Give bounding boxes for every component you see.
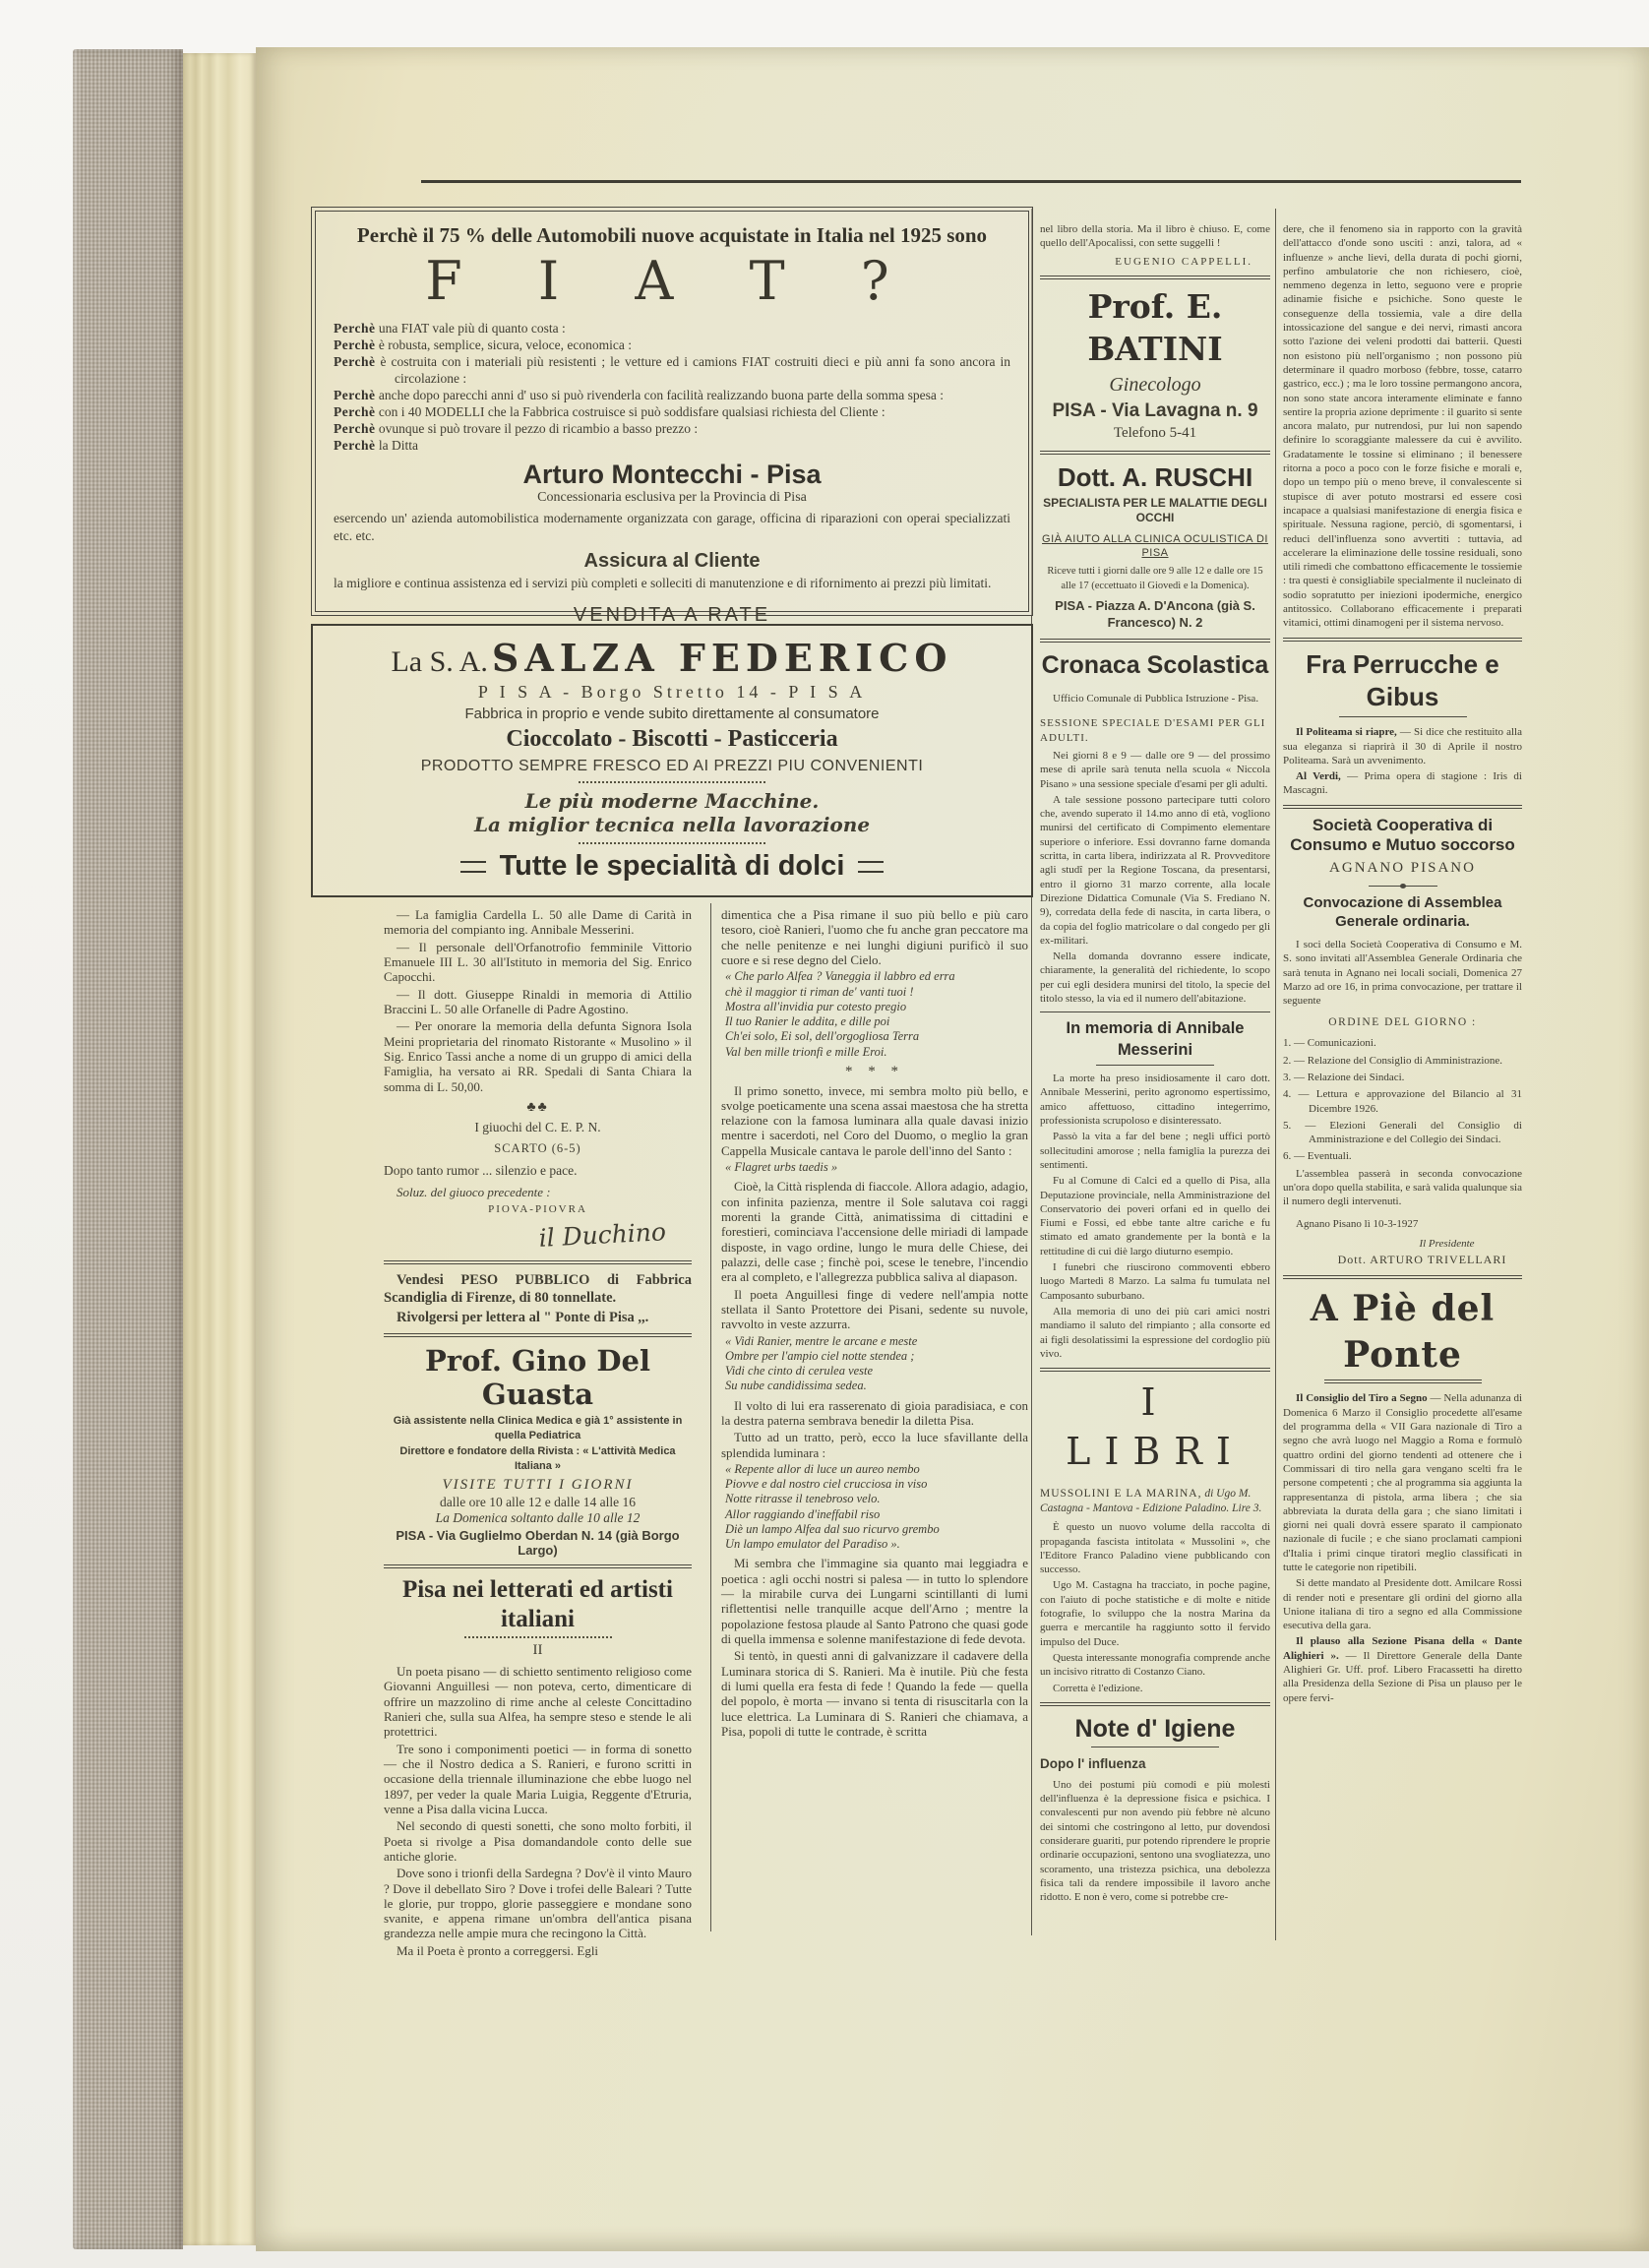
fiat-reason-lead: Perchè: [334, 404, 375, 419]
article-paragraph: Cioè, la Città risplenda di fiaccole. Al…: [721, 1179, 1028, 1284]
fiat-assures-heading: Assicura al Cliente: [334, 550, 1010, 573]
article-paragraph: Il volto di lui era rasserenato di gioia…: [721, 1398, 1028, 1429]
equals-mark-icon: [858, 861, 884, 873]
column-4: dere, che il fenomeno sia in rapporto co…: [1283, 222, 1522, 1707]
cronaca-paragraph: A tale sessione possono partecipare tutt…: [1040, 793, 1270, 948]
ruschi-specialty: SPECIALISTA PER LE MALATTIE DEGLI OCCHI: [1040, 496, 1270, 526]
fiat-reason-lead: Perchè: [334, 354, 375, 369]
section-rule: [1040, 639, 1270, 643]
cronaca-paragraph: Nella domanda dovranno essere indicate, …: [1040, 950, 1270, 1006]
fiat-reason: Perchè con i 40 MODELLI che la Fabbrica …: [334, 403, 1010, 420]
fiat-reason-text: anche dopo parecchi anni d' uso si può r…: [379, 388, 944, 402]
igiene-paragraph: Uno dei postumi più comodi e più molesti…: [1040, 1778, 1270, 1905]
ruschi-title: Dott. A. RUSCHI: [1040, 461, 1270, 495]
salza-address: P I S A - Borgo Stretto 14 - P I S A: [329, 682, 1015, 703]
title-underline: [1324, 1379, 1482, 1383]
article-paragraph: Il primo sonetto, invece, mi sembra molt…: [721, 1083, 1028, 1159]
club-ornament-icon: ♣♣: [384, 1100, 692, 1117]
batini-subtitle: Ginecologo: [1040, 372, 1270, 398]
article-fragment: nel libro della storia. Ma il libro è ch…: [1040, 222, 1270, 251]
column-divider-1-2: [710, 903, 711, 1931]
article-paragraph: Un poeta pisano — di schietto sentimento…: [384, 1664, 692, 1740]
fiat-reason: Perchè la Ditta: [334, 437, 1010, 454]
memoria-paragraph: La morte ha preso insidiosamente il caro…: [1040, 1072, 1270, 1128]
title-underline: [1091, 1747, 1219, 1747]
odg-item: 4. — Lettura e approvazione del Bilancio…: [1283, 1087, 1522, 1116]
batini-title: Prof. E. BATINI: [1040, 286, 1270, 371]
guasta-line3: VISITE TUTTI I GIORNI: [384, 1477, 692, 1495]
article-paragraph: Si tentò, in questi anni di galvanizzare…: [721, 1648, 1028, 1739]
memorial-item: — Il dott. Giuseppe Rinaldi in memoria d…: [384, 987, 692, 1017]
salza-line4: La miglior tecnica nella lavorazione: [329, 813, 1015, 836]
odg-item: 6. — Eventuali.: [1283, 1149, 1522, 1163]
cronaca-scolastica-title: Cronaca Scolastica: [1040, 649, 1270, 682]
fiat-ad-headline: Perchè il 75 % delle Automobili nuove ac…: [334, 223, 1010, 248]
guasta-line5: La Domenica soltanto dalle 10 alle 12: [384, 1510, 692, 1526]
book-title: MUSSOLINI E LA MARINA,: [1040, 1488, 1201, 1500]
section-rule: [384, 1333, 692, 1337]
section-rule: [1283, 805, 1522, 809]
batini-ad: Prof. E. BATINI Ginecologo PISA - Via La…: [1040, 286, 1270, 444]
libri-paragraph: Ugo M. Castagna ha tracciato, in poche p…: [1040, 1578, 1270, 1648]
column-3: nel libro della storia. Ma il libro è ch…: [1040, 222, 1270, 1907]
igiene-title: Note d' Igiene: [1040, 1713, 1270, 1746]
section-rule: [1283, 638, 1522, 642]
guasta-line4: dalle ore 10 alle 12 e dalle 14 alle 16: [384, 1495, 692, 1510]
fiat-reason-text: è costruita con i materiali più resisten…: [381, 354, 1010, 386]
odg-item: 5. — Elezioni Generali del Consiglio di …: [1283, 1119, 1522, 1147]
article-paragraph: Tre sono i componimenti poetici — in for…: [384, 1742, 692, 1817]
section-rule: [1040, 1011, 1270, 1012]
fiat-dealer-note: esercendo un' azienda automobilistica mo…: [334, 510, 1010, 544]
perrucche-item-lead: Al Verdi,: [1296, 770, 1341, 782]
fiat-reason-lead: Perchè: [334, 438, 375, 453]
cooperativa-title: Società Cooperativa di Consumo e Mutuo s…: [1283, 816, 1522, 856]
article-paragraph: Il poeta Anguillesi finge di vedere nell…: [721, 1287, 1028, 1332]
memoria-paragraph: Fu al Comune di Calci ed a quello di Pis…: [1040, 1174, 1270, 1258]
sonnet-quote: « Che parlo Alfea ? Vaneggia il labbro e…: [725, 969, 1028, 1060]
cooperativa-intro: I soci della Società Cooperativa di Cons…: [1283, 938, 1522, 1008]
memoria-paragraph: I funebri che riuscirono commoventi ebbe…: [1040, 1260, 1270, 1303]
fiat-reason-text: una FIAT vale più di quanto costa :: [379, 321, 566, 336]
guasta-line1: Già assistente nella Clinica Medica e gi…: [384, 1414, 692, 1443]
libri-paragraph: Questa interessante monografia comprende…: [1040, 1651, 1270, 1680]
fiat-dealer-subtitle: Concessionaria esclusiva per la Provinci…: [334, 490, 1010, 506]
guasta-line2: Direttore e fondatore della Rivista : « …: [384, 1444, 692, 1474]
section-rule: [1040, 451, 1270, 455]
games-subtitle: SCARTO (6-5): [384, 1141, 692, 1156]
memorial-item: — Il personale dell'Orfanotrofio femmini…: [384, 940, 692, 985]
fiat-reason-text: è robusta, semplice, sicura, veloce, eco…: [379, 337, 632, 352]
fiat-reason: Perchè ovunque si può trovare il pezzo d…: [334, 420, 1010, 437]
memoria-title: In memoria di Annibale Messerini: [1040, 1018, 1270, 1061]
salza-products: Cioccolato - Biscotti - Pasticceria: [329, 726, 1015, 753]
ponte-item: Si dette mandato al Presidente dott. Ami…: [1283, 1576, 1522, 1632]
guasta-address: PISA - Via Guglielmo Oberdan N. 14 (già …: [384, 1528, 692, 1559]
perrucche-item: Al Verdi, — Prima opera di stagione : Ir…: [1283, 769, 1522, 798]
book-citation: MUSSOLINI E LA MARINA, di Ugo M. Castagn…: [1040, 1487, 1270, 1516]
salza-ad: La S. A. SALZA FEDERICO P I S A - Borgo …: [311, 624, 1033, 897]
section-rule: [1283, 1275, 1522, 1279]
guasta-ad: Prof. Gino Del Guasta Già assistente nel…: [384, 1344, 692, 1558]
cronaca-paragraph: Nei giorni 8 e 9 — dalle ore 9 — del pro…: [1040, 749, 1270, 791]
ponte-item: Il plauso alla Sezione Pisana della « Da…: [1283, 1634, 1522, 1704]
wavy-divider: [579, 842, 765, 844]
column-1: — La famiglia Cardella L. 50 alle Dame d…: [384, 907, 692, 1960]
classified-ad-text: Vendesi PESO PUBBLICO di Fabbrica Scandi…: [384, 1271, 692, 1307]
igiene-subtitle: Dopo l' influenza: [1040, 1755, 1270, 1773]
ruschi-hours: Riceve tutti i giorni dalle ore 9 alle 1…: [1040, 565, 1270, 592]
binding-cloth: [73, 49, 183, 2249]
memorial-item: — Per onorare la memoria della defunta S…: [384, 1018, 692, 1094]
title-underline: [1339, 716, 1467, 717]
section-rule: [384, 1260, 692, 1264]
asterism: * * *: [721, 1064, 1028, 1081]
top-rule: [421, 180, 1521, 183]
article-paragraph: Dove sono i trionfi della Sardegna ? Dov…: [384, 1866, 692, 1941]
article-paragraph: Tutto ad un tratto, però, ecco la luce s…: [721, 1430, 1028, 1460]
section-rule: [1040, 276, 1270, 279]
fiat-ad: Perchè il 75 % delle Automobili nuove ac…: [311, 207, 1033, 616]
president-name: Dott. ARTURO TRIVELLARI: [1283, 1253, 1522, 1268]
salza-line2: PRODOTTO SEMPRE FRESCO ED AI PREZZI PIU …: [329, 758, 1015, 775]
perrucche-item: Il Politeama si riapre, — Si dice che re…: [1283, 725, 1522, 767]
fiat-reason-lead: Perchè: [334, 388, 375, 402]
wavy-underline: [464, 1636, 612, 1638]
article-part-number: II: [384, 1642, 692, 1660]
ornament-dash: [1369, 886, 1437, 887]
odg-item: 3. — Relazione dei Sindaci.: [1283, 1071, 1522, 1084]
classified-ad-text: Rivolgersi per lettera al " Ponte di Pis…: [384, 1309, 692, 1326]
fiat-reason: Perchè una FIAT vale più di quanto costa…: [334, 320, 1010, 337]
fiat-reason-text: con i 40 MODELLI che la Fabbrica costrui…: [379, 404, 886, 419]
libri-title: I LIBRI: [1040, 1379, 1270, 1476]
salza-prefix: La S. A.: [391, 645, 487, 678]
cooperativa-outro: L'assemblea passerà in seconda convocazi…: [1283, 1167, 1522, 1209]
sonnet-quote: « Repente allor di luce un aureo nembo P…: [725, 1462, 1028, 1553]
fiat-reason-lead: Perchè: [334, 421, 375, 436]
ruschi-ad: Dott. A. RUSCHI SPECIALISTA PER LE MALAT…: [1040, 461, 1270, 632]
ponte-item: Il Consiglio del Tiro a Segno — Nella ad…: [1283, 1391, 1522, 1574]
memoria-paragraph: Passò la vita a far del bene ; negli uff…: [1040, 1130, 1270, 1172]
fiat-reason-text: la Ditta: [379, 438, 418, 453]
cooperativa-place: AGNANO PISANO: [1283, 859, 1522, 879]
cronaca-office: Ufficio Comunale di Pubblica Istruzione …: [1040, 692, 1270, 705]
article-paragraph: Nel secondo di questi sonetti, che sono …: [384, 1818, 692, 1864]
salza-line1: Fabbrica in proprio e vende subito diret…: [329, 705, 1015, 722]
batini-phone: Telefono 5-41: [1040, 424, 1270, 444]
salza-name: SALZA FEDERICO: [492, 636, 953, 680]
fiat-dealer-name: Arturo Montecchi - Pisa: [334, 460, 1010, 490]
fiat-reason: Perchè è robusta, semplice, sicura, velo…: [334, 337, 1010, 353]
batini-address: PISA - Via Lavagna n. 9: [1040, 399, 1270, 424]
salza-footer: Tutte le specialità di dolci: [500, 850, 845, 883]
memorial-item: — La famiglia Cardella L. 50 alle Dame d…: [384, 907, 692, 938]
equals-mark-icon: [460, 861, 486, 873]
president-label: Il Presidente: [1283, 1237, 1522, 1251]
latin-quote: « Flagret urbs taedis »: [725, 1160, 1028, 1175]
fiat-reason: Perchè è costruita con i materiali più r…: [334, 353, 1010, 387]
fiat-reason-text: ovunque si può trovare il pezzo di ricam…: [379, 421, 698, 436]
column-divider-3-4: [1275, 209, 1276, 1940]
section-rule: [1040, 1702, 1270, 1706]
wavy-divider: [579, 781, 765, 783]
fiat-reason: Perchè anche dopo parecchi anni d' uso s…: [334, 387, 1010, 403]
cooperativa-subtitle: Convocazione di Assemblea Generale ordin…: [1283, 893, 1522, 932]
games-solution-label: Soluz. del giuoco precedente :: [384, 1185, 692, 1199]
stacked-page-edges: [183, 53, 256, 2245]
fiat-brand-wordmark: F I A T ?: [334, 250, 1010, 312]
column-2: dimentica che a Pisa rimane il suo più b…: [721, 907, 1028, 1741]
ponte-item-lead: Il Consiglio del Tiro a Segno: [1296, 1392, 1428, 1404]
article-paragraph: dimentica che a Pisa rimane il suo più b…: [721, 907, 1028, 967]
ponte-title: A Piè del Ponte: [1283, 1286, 1522, 1379]
article-paragraph: Mi sembra che l'immagine sia quanto mai …: [721, 1556, 1028, 1646]
cooperativa-dateline: Agnano Pisano lì 10-3-1927: [1283, 1217, 1522, 1231]
sonnet-quote: « Vidi Ranier, mentre le arcane e meste …: [725, 1334, 1028, 1394]
section-rule: [1040, 1368, 1270, 1372]
ruschi-credential: GIÀ AIUTO ALLA CLINICA OCULISTICA DI PIS…: [1040, 532, 1270, 561]
igiene-continuation: dere, che il fenomeno sia in rapporto co…: [1283, 222, 1522, 631]
odg-item: 2. — Relazione del Consiglio di Amminist…: [1283, 1054, 1522, 1068]
games-solution: PIOVA-PIOVRA: [384, 1203, 692, 1216]
salza-line3: Le più moderne Macchine.: [329, 789, 1015, 813]
fiat-assures-note: la migliore e continua assistenza ed i s…: [334, 575, 1010, 592]
title-underline: [1096, 1065, 1214, 1066]
libri-paragraph: Corretta è l'edizione.: [1040, 1682, 1270, 1695]
author-byline: EUGENIO CAPPELLI.: [1040, 255, 1270, 269]
columnist-signature: il Duchino: [383, 1216, 692, 1261]
ruschi-address: PISA - Piazza A. D'Ancona (già S. France…: [1040, 598, 1270, 632]
article-paragraph: Ma il Poeta è pronto a correggersi. Egli: [384, 1943, 692, 1958]
salza-footer-row: Tutte le specialità di dolci: [329, 850, 1015, 883]
perrucche-title: Fra Perrucche e Gibus: [1283, 648, 1522, 715]
games-title: I giuochi del C. E. P. N.: [384, 1120, 692, 1135]
ponte-item-text: — Nella adunanza di Domenica 6 Marzo il …: [1283, 1392, 1522, 1573]
guasta-title: Prof. Gino Del Guasta: [384, 1344, 692, 1411]
odg-label: ORDINE DEL GIORNO :: [1283, 1015, 1522, 1030]
odg-item: 1. — Comunicazioni.: [1283, 1036, 1522, 1050]
perrucche-item-lead: Il Politeama si riapre,: [1296, 726, 1397, 738]
games-clue: Dopo tanto rumor ... silenzio e pace.: [384, 1163, 692, 1179]
memoria-paragraph: Alla memoria di uno dei più cari amici n…: [1040, 1305, 1270, 1361]
libri-paragraph: È questo un nuovo volume della raccolta …: [1040, 1520, 1270, 1576]
section-rule: [384, 1564, 692, 1568]
fiat-reason-lead: Perchè: [334, 321, 375, 336]
cronaca-session-heading: SESSIONE SPECIALE D'ESAMI PER GLI ADULTI…: [1040, 716, 1270, 745]
salza-title-line: La S. A. SALZA FEDERICO: [329, 636, 1015, 680]
article-title: Pisa nei letterati ed artisti italiani: [384, 1575, 692, 1633]
fiat-reason-lead: Perchè: [334, 337, 375, 352]
